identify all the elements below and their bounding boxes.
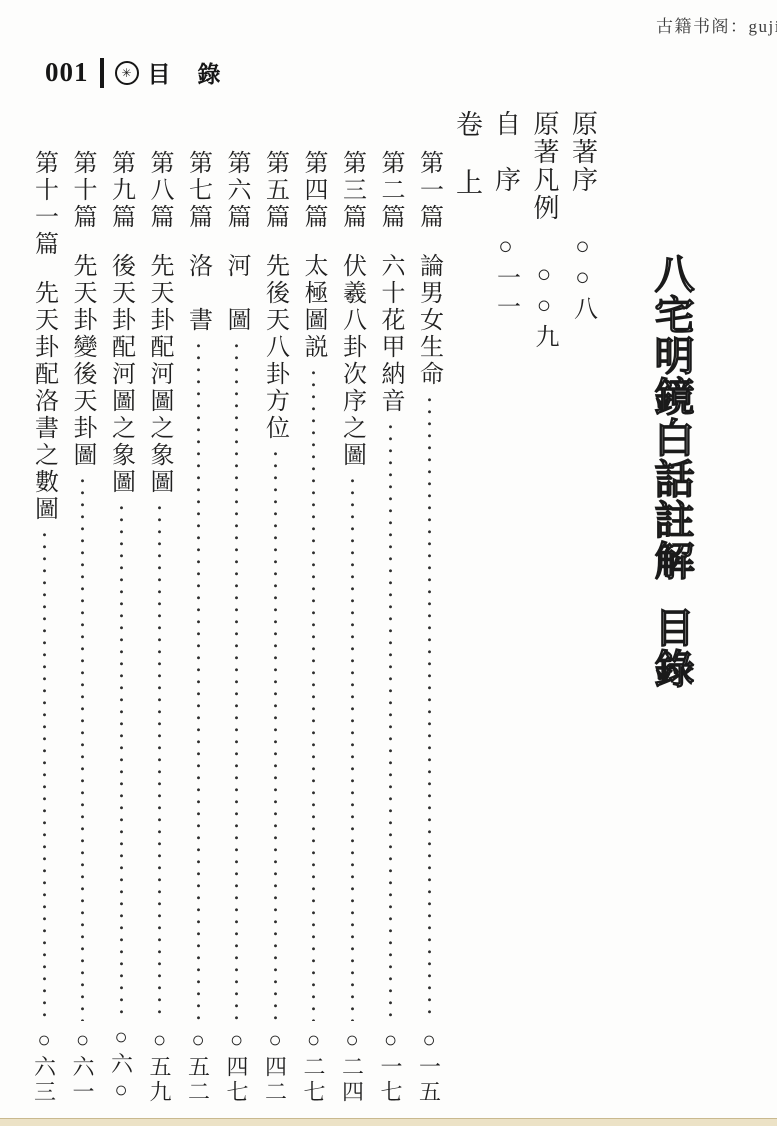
entry-number: 第四篇 [296,150,331,231]
entry-page-number: ○二七 [298,1027,329,1105]
dot-leader [235,344,238,1021]
entry-page-number: ○一五 [414,1027,445,1105]
entry-title: 後天卦配河圖之象圖 [104,253,139,496]
entry-title: 伏羲八卦次序之圖 [335,253,370,469]
watermark-text: 古籍书阁：guji [656,12,777,37]
entry-title: 河 圖 [219,253,254,334]
entry-number: 第九篇 [104,150,139,231]
dot-leader [158,506,161,1021]
toc-entry-1: 第一篇 論男女生命 ○一五 [415,150,443,1105]
dot-leader [274,452,277,1021]
entry-number: 第七篇 [181,150,216,231]
dot-leader [312,371,315,1021]
entry-page-number: ○二四 [337,1027,368,1105]
dot-leader [81,479,84,1021]
book-title-main: 八宅明鏡白話註解 [643,253,700,581]
entry-number: 第三篇 [335,150,370,231]
front-matter-entry-self-preface: 自 序 ○一一 [492,110,520,1110]
book-contents-page: 古籍书阁：guji 001 ✳ 目 錄 八宅明鏡白話註解 目錄 原著序 ○○八 … [0,0,777,1126]
toc-entry-3: 第三篇 伏羲八卦次序之圖 ○二四 [338,150,366,1105]
entry-number: 第六篇 [219,150,254,231]
entry-number: 第十篇 [65,150,100,231]
entry-page-number: ○四七 [221,1027,252,1105]
front-matter-page-number: ○○八 [566,234,601,325]
entry-title: 太極圖説 [296,253,331,361]
front-matter-entry-original-notes: 原著凡例 ○○九 [531,110,559,1110]
circle-logo-icon: ✳ [115,61,139,85]
entry-title: 先天卦配河圖之象圖 [142,253,177,496]
front-matter-label: 原著序 [565,110,602,194]
toc-entry-11: 第十一篇 先天卦配洛書之數圖 ○六三 [30,150,58,1105]
entry-number: 第八篇 [142,150,177,231]
entry-title: 論男女生命 [412,253,447,388]
book-title-sub: 目錄 [643,607,700,689]
volume-label: 卷 上 [448,110,487,197]
entry-number: 第十一篇 [27,150,62,258]
dot-leader [389,425,392,1021]
dot-leader [120,506,123,1018]
entry-number: 第一篇 [412,150,447,231]
entry-number: 第二篇 [373,150,408,231]
contents-columns: 原著序 ○○八 原著凡例 ○○九 自 序 ○一一 卷 上 第一篇 論男女生命 ○… [30,110,597,1110]
front-matter-label: 自 序 [488,110,525,194]
dot-leader [428,398,431,1021]
volume-label-column: 卷 上 [454,110,482,1110]
entry-title: 先後天八卦方位 [258,253,293,442]
entry-page-number: ○五九 [144,1027,175,1105]
contents-header-title: 目 錄 [148,56,223,89]
toc-entry-10: 第十篇 先天卦變後天卦圖 ○六一 [69,150,97,1105]
entry-page-number: ○四二 [260,1027,291,1105]
front-matter-page-number: ○一一 [489,234,524,323]
toc-entry-8: 第八篇 先天卦配河圖之象圖 ○五九 [146,150,174,1105]
entry-page-number: ○六○ [106,1024,137,1105]
page-number: 001 [45,57,89,88]
logo-glyph: ✳ [121,67,131,79]
scan-edge-strip [0,1118,777,1126]
toc-entry-6: 第六篇 河 圖 ○四七 [223,150,251,1105]
toc-entry-9: 第九篇 後天卦配河圖之象圖 ○六○ [107,150,135,1105]
entry-title: 先天卦變後天卦圖 [65,253,100,469]
toc-entry-2: 第二篇 六十花甲納音 ○一七 [377,150,405,1105]
entry-page-number: ○五二 [183,1027,214,1105]
entry-page-number: ○一七 [375,1027,406,1105]
dot-leader [351,479,354,1021]
entry-number: 第五篇 [258,150,293,231]
entry-page-number: ○六三 [29,1027,60,1105]
entry-title: 洛 書 [181,253,216,334]
front-matter-label: 原著凡例 [526,110,563,222]
toc-entry-5: 第五篇 先後天八卦方位 ○四二 [261,150,289,1105]
running-header: 001 ✳ 目 錄 [45,56,223,89]
dot-leader [43,533,46,1021]
header-divider-bar [100,58,104,88]
dot-leader [197,344,200,1021]
entry-title: 六十花甲納音 [373,253,408,415]
front-matter-page-number: ○○九 [527,262,562,353]
front-matter-entry-original-preface: 原著序 ○○八 [569,110,597,1110]
toc-entry-7: 第七篇 洛 書 ○五二 [184,150,212,1105]
book-title-column: 八宅明鏡白話註解 目錄 [643,253,700,733]
entry-page-number: ○六一 [67,1027,98,1105]
toc-entry-4: 第四篇 太極圖説 ○二七 [300,150,328,1105]
entry-title: 先天卦配洛書之數圖 [27,280,62,523]
